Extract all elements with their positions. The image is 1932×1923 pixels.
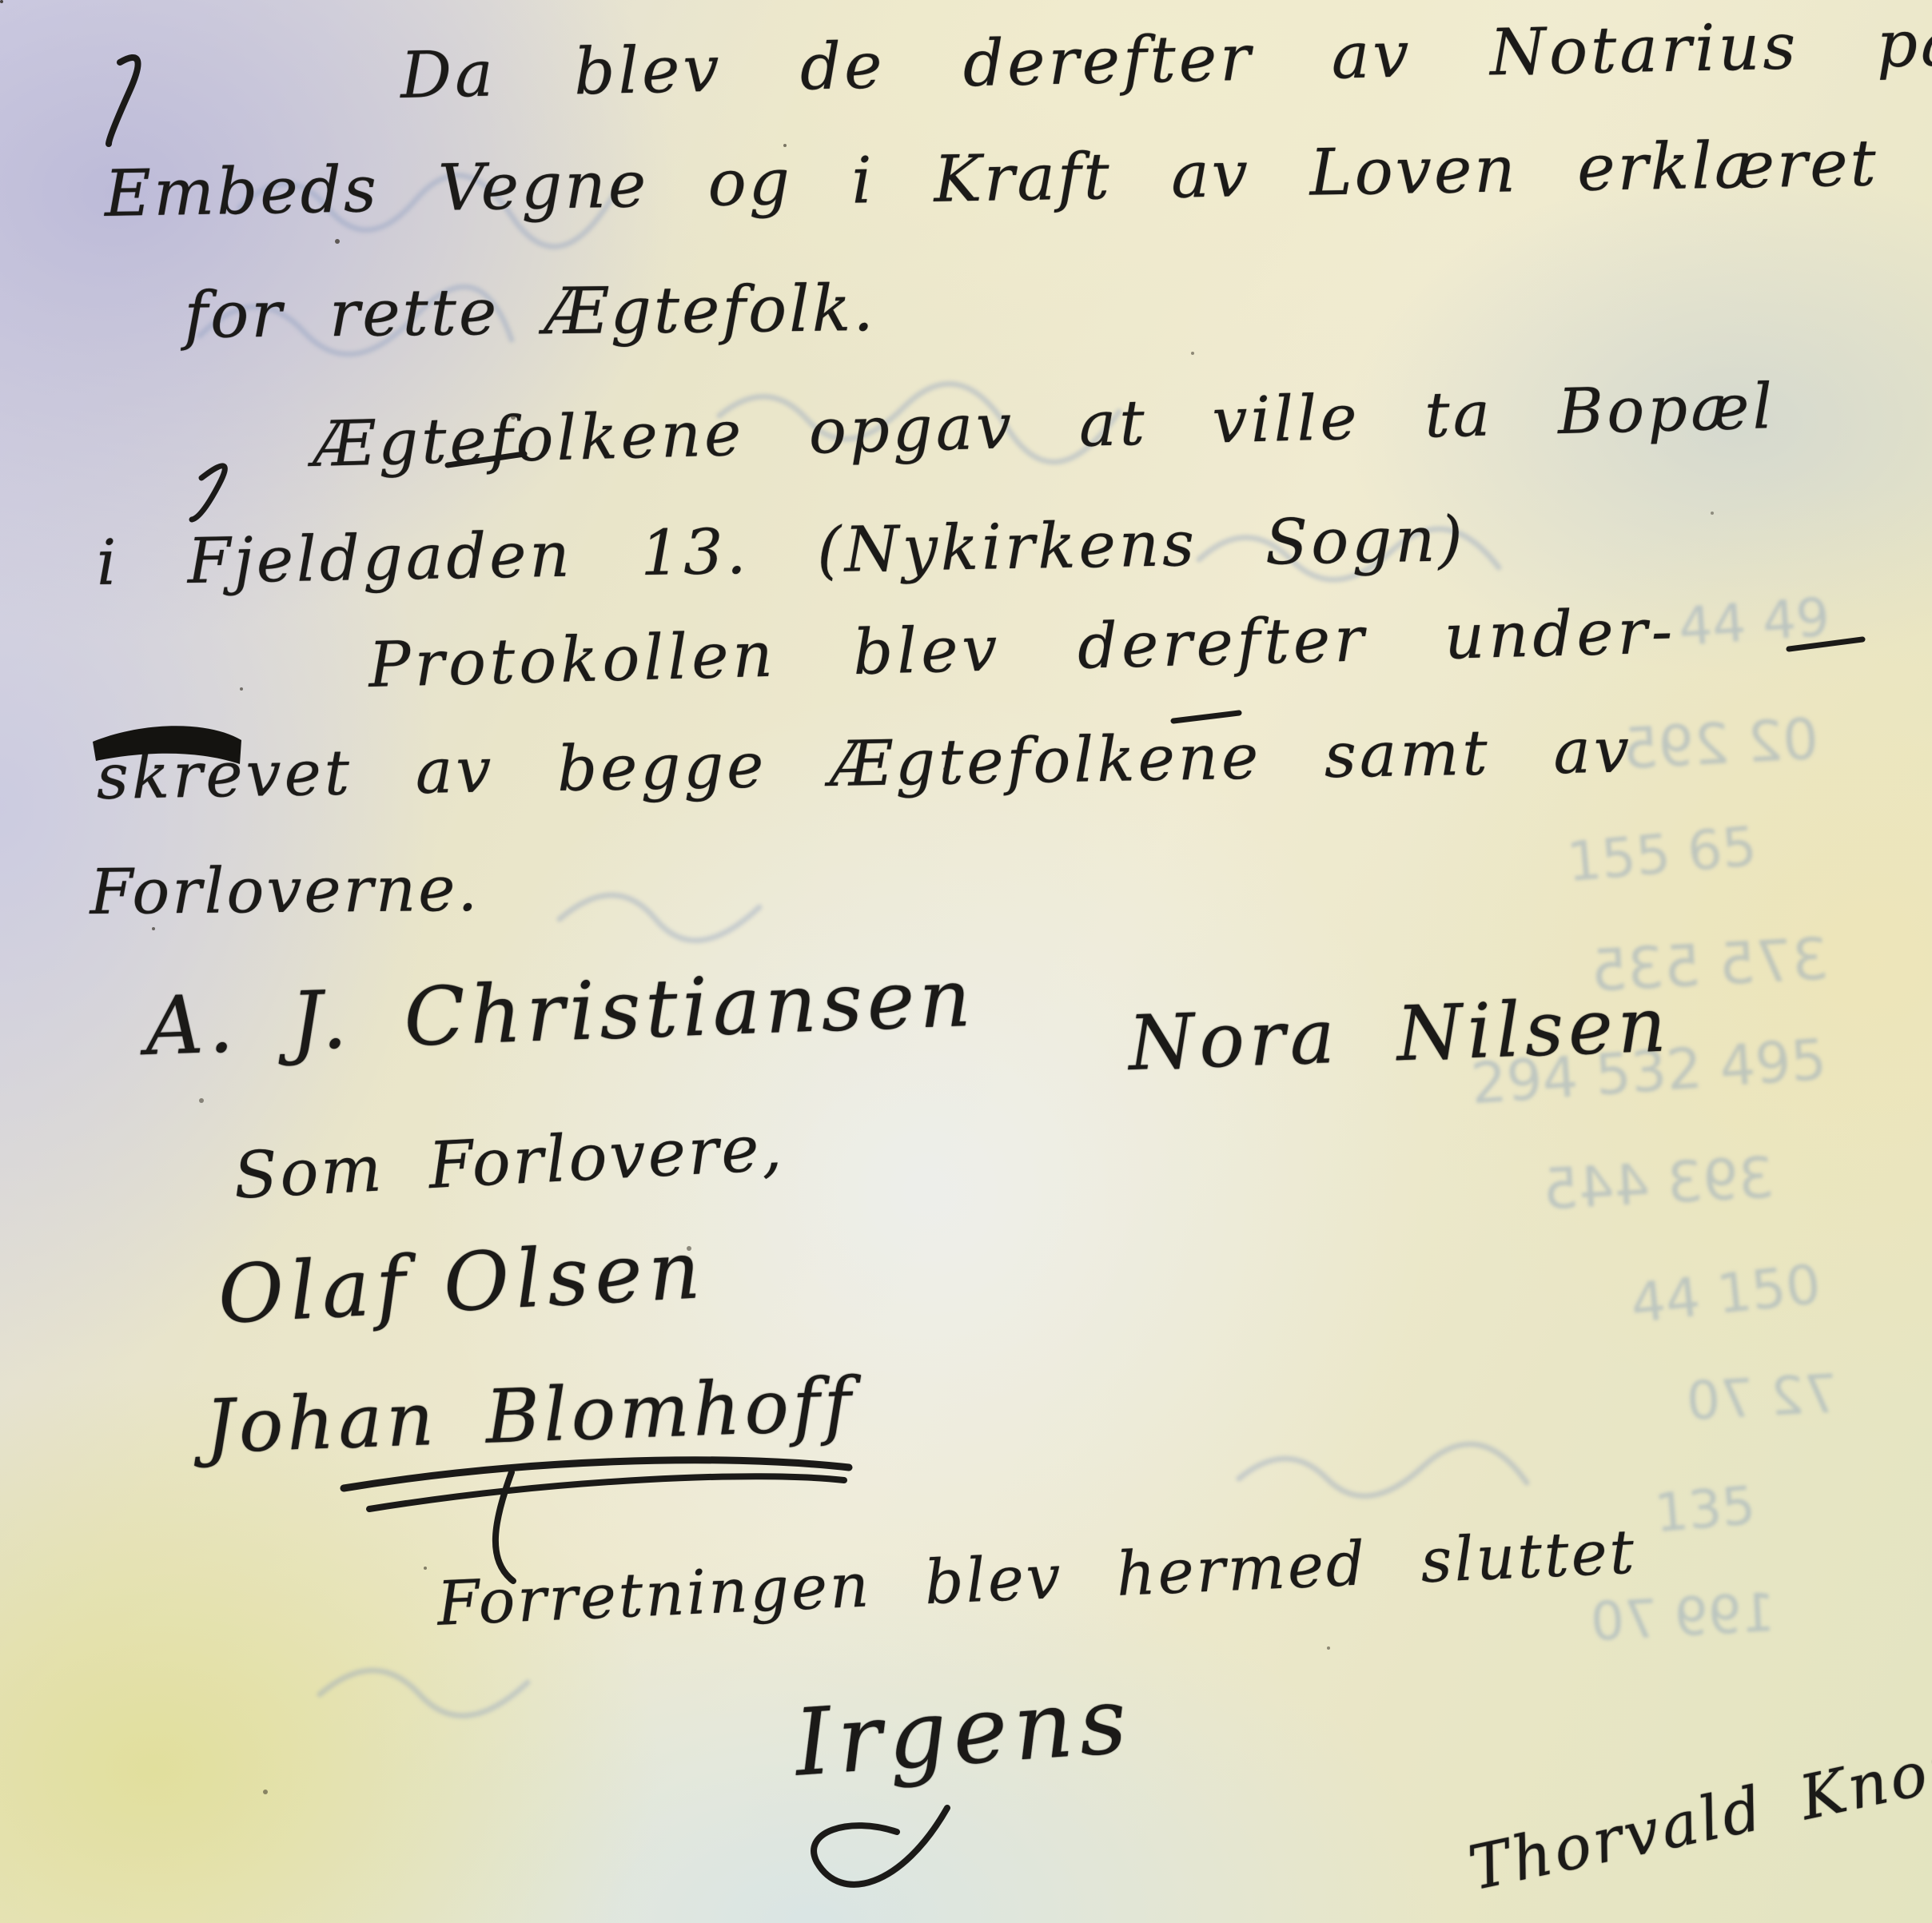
signature-clerk: Thorvald Knoph bbox=[1463, 1719, 1932, 1904]
signature-bride: Nora Nilsen bbox=[1127, 981, 1672, 1088]
handwritten-line: Som Forlovere, bbox=[232, 1110, 786, 1213]
handwriting-layer: Da blev de derefter av Notarius paa Embe… bbox=[0, 0, 1932, 1923]
signature-groom: A. J. Christiansen bbox=[144, 951, 977, 1073]
paper-specks bbox=[0, 0, 3, 3]
signature-witness-2: Johan Blomhoff bbox=[204, 1362, 857, 1470]
handwritten-line: Forloverne. bbox=[90, 854, 480, 929]
handwritten-line: Embeds Vegne og i Kraft av Loven erklære… bbox=[104, 125, 1878, 231]
handwritten-line: Ægtefolkene opgav at ville ta Bopæl bbox=[312, 371, 1776, 481]
handwritten-line: Protokollen blev derefter under- bbox=[368, 595, 1677, 702]
handwritten-line: for rette Ægtefolk. bbox=[184, 271, 876, 352]
manuscript-page: 44 49 02 295 155 65 375 535 294 532 495 … bbox=[0, 0, 1932, 1923]
signature-witness-1: Olaf Olsen bbox=[216, 1223, 709, 1342]
handwritten-line: skrevet av begge Ægtefolkene samt av bbox=[96, 715, 1633, 814]
handwritten-line: Forretningen blev hermed sluttet bbox=[436, 1516, 1638, 1639]
signature-notary: Irgens bbox=[791, 1666, 1136, 1797]
handwritten-line: i Fjeldgaden 13. (Nykirkens Sogn) bbox=[96, 504, 1467, 599]
handwritten-line: Da blev de derefter av Notarius paa bbox=[400, 5, 1932, 113]
